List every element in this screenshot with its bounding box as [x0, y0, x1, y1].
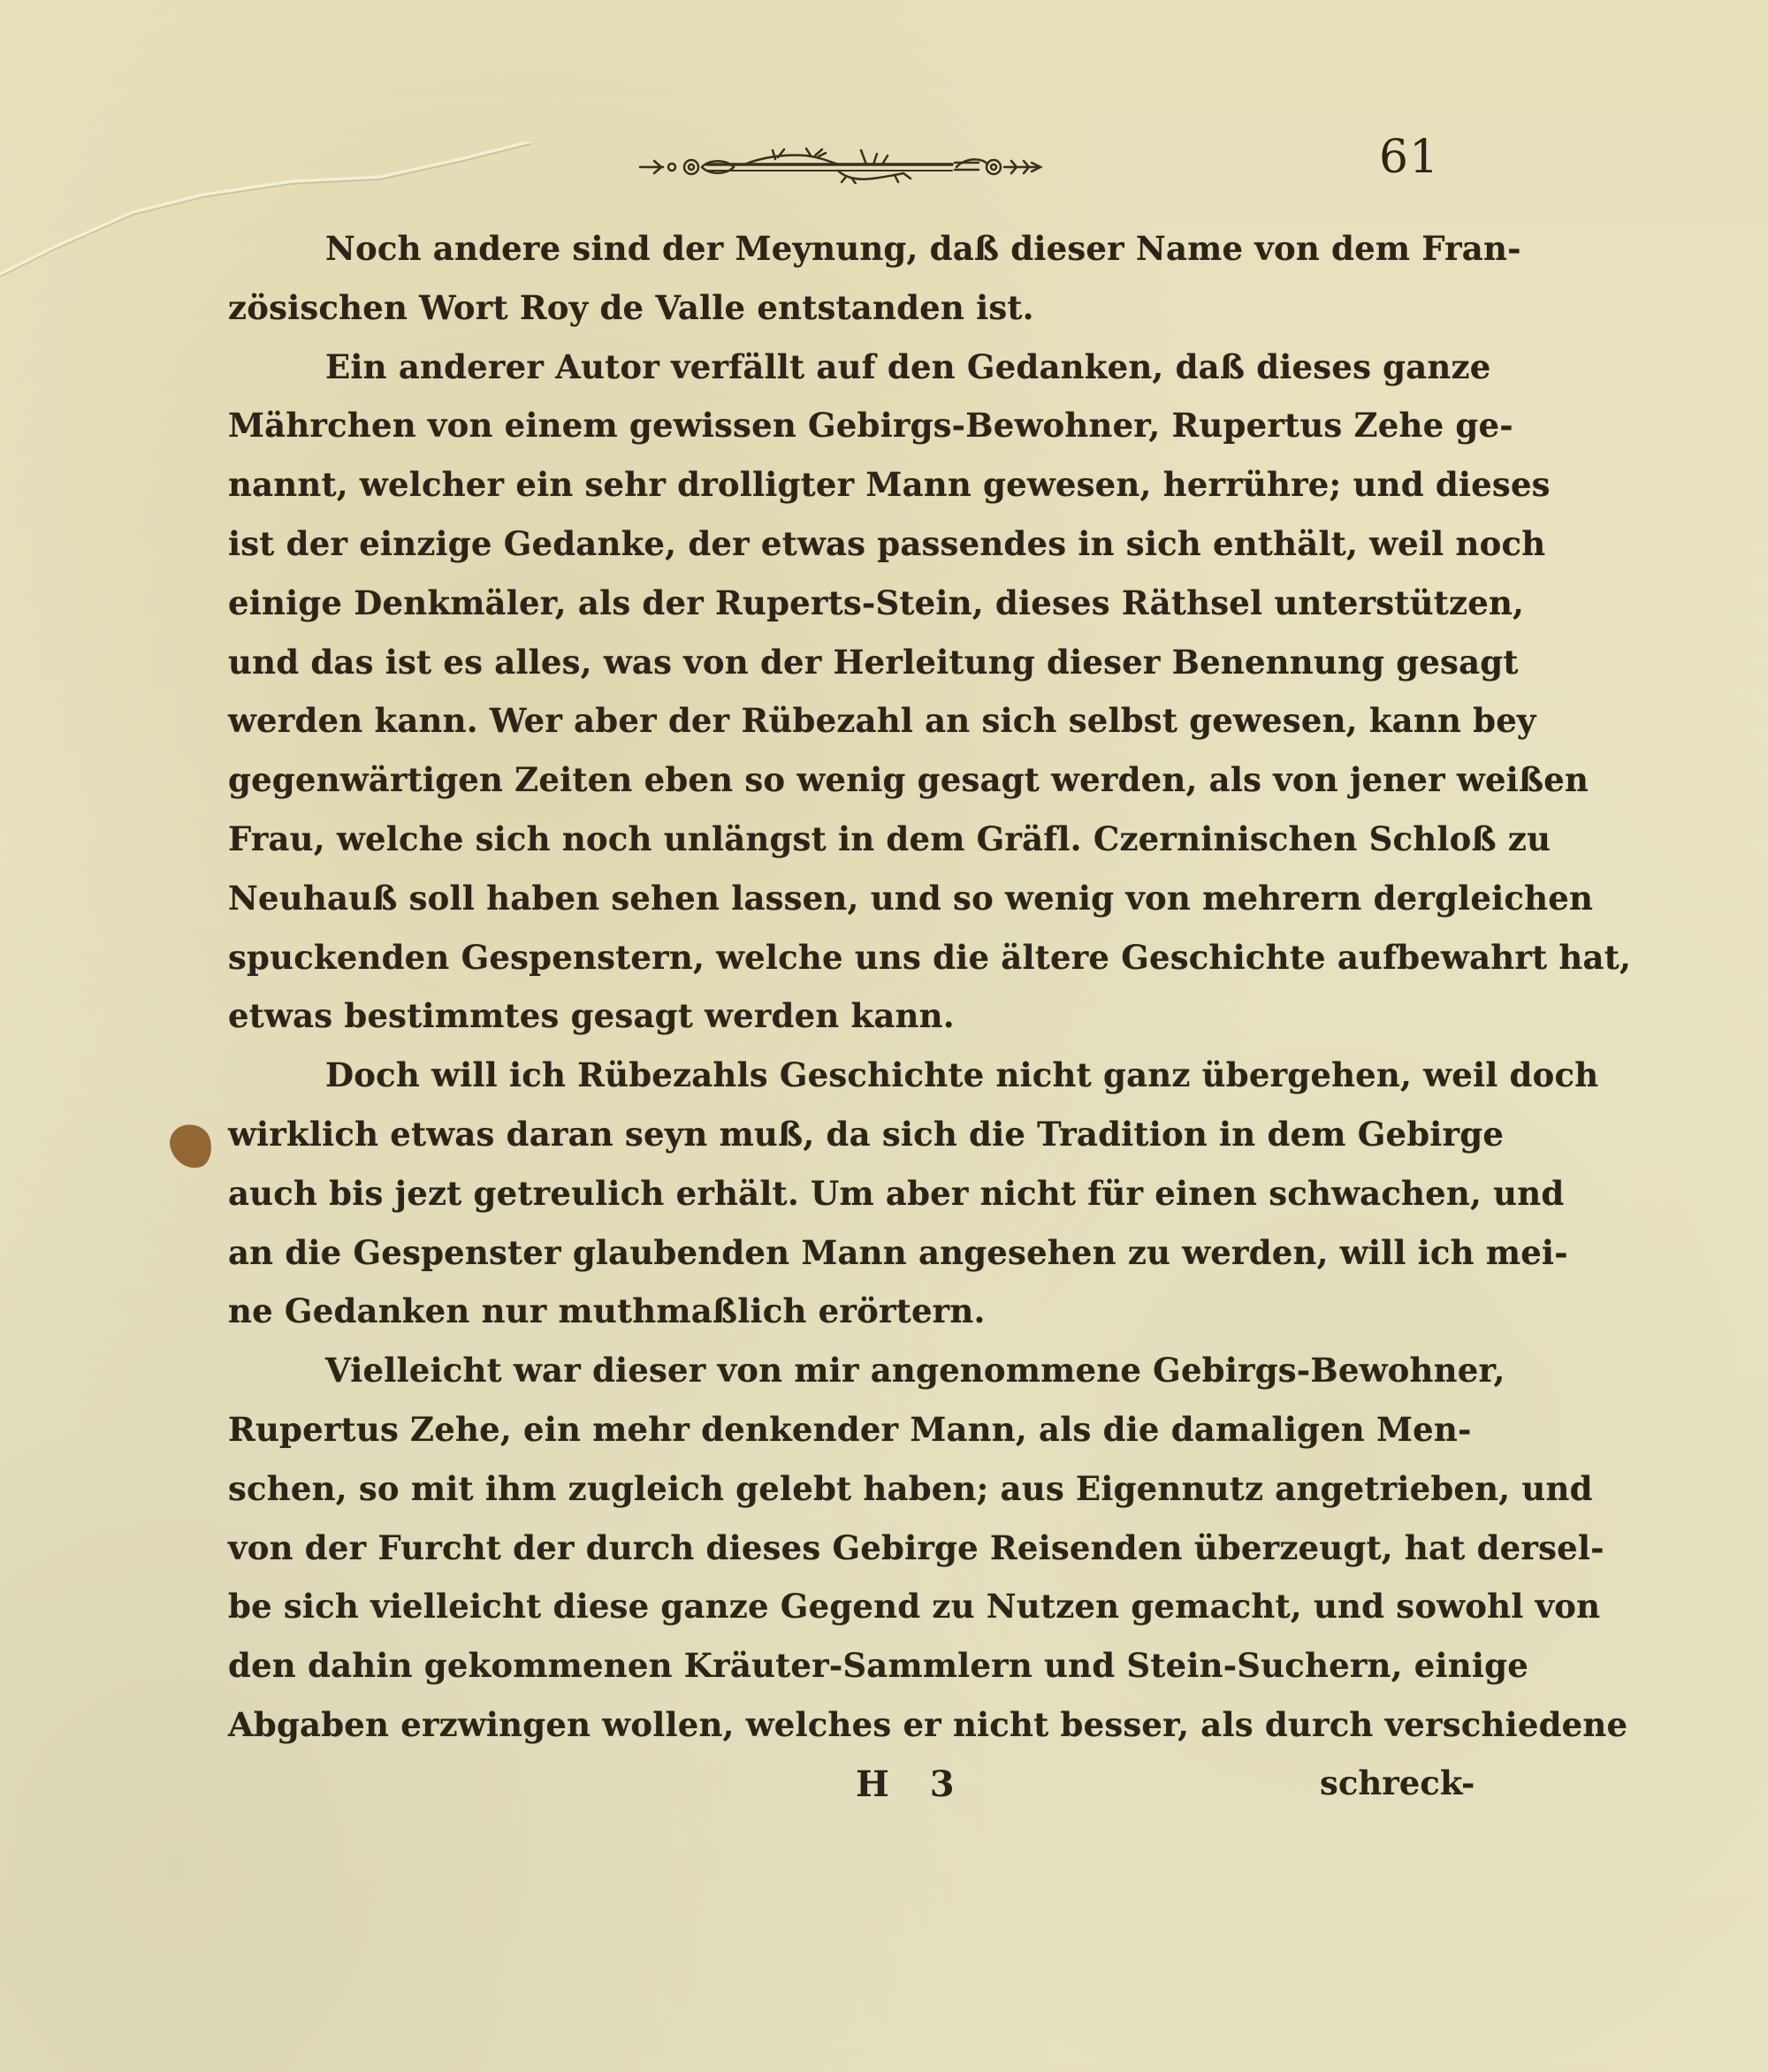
text-line: ne Gedanken nur muthmaßlich erörtern.	[228, 1282, 1435, 1341]
text-line: wirklich etwas daran seyn muß, da sich d…	[228, 1105, 1435, 1164]
text-line: schen, so mit ihm zugleich gelebt haben;…	[228, 1459, 1435, 1519]
text-line: einige Denkmäler, als der Ruperts-Stein,…	[228, 574, 1435, 633]
text-line: Noch andere sind der Meynung, daß dieser…	[228, 219, 1435, 278]
text-line: Mährchen von einem gewissen Gebirgs-Bewo…	[228, 396, 1435, 455]
text-line: Vielleicht war dieser von mir angenommen…	[228, 1341, 1435, 1400]
text-line: spuckenden Gespenstern, welche uns die ä…	[228, 928, 1435, 987]
text-line: an die Gespenster glaubenden Mann angese…	[228, 1223, 1435, 1283]
book-page: 61 Noch andere sind der Meynung, daß die…	[0, 0, 1768, 2072]
text-line: nannt, welcher ein sehr drolligter Mann …	[228, 455, 1435, 514]
floral-rule-ornament-icon	[629, 138, 1050, 184]
text-line: werden kann. Wer aber der Rübezahl an si…	[228, 691, 1435, 750]
text-line: Ein anderer Autor verfällt auf den Gedan…	[228, 338, 1435, 397]
paragraph: Noch andere sind der Meynung, daß dieser…	[228, 219, 1435, 338]
text-line: be sich vielleicht diese ganze Gegend zu…	[228, 1577, 1435, 1636]
body-text: Noch andere sind der Meynung, daß dieser…	[228, 219, 1435, 1755]
page-number: 61	[1379, 131, 1439, 184]
text-line: Neuhauß soll haben sehen lassen, und so …	[228, 869, 1435, 928]
text-line: von der Furcht der durch dieses Gebirge …	[228, 1519, 1435, 1578]
paragraph: Vielleicht war dieser von mir angenommen…	[228, 1341, 1435, 1755]
text-line: den dahin gekommenen Kräuter-Sammlern un…	[228, 1636, 1435, 1695]
text-line: Frau, welche sich noch unlängst in dem G…	[228, 810, 1435, 869]
ink-stain	[166, 1121, 215, 1172]
text-line: Rupertus Zehe, ein mehr denkender Mann, …	[228, 1400, 1435, 1459]
catchword: schreck-	[1320, 1763, 1475, 1802]
text-line: etwas bestimmtes gesagt werden kann.	[228, 986, 1435, 1046]
text-line: zösischen Wort Roy de Valle entstanden i…	[228, 278, 1435, 338]
signature-mark: H 3	[856, 1763, 969, 1805]
text-line: auch bis jezt getreulich erhält. Um aber…	[228, 1164, 1435, 1223]
text-line: Abgaben erzwingen wollen, welches er nic…	[228, 1695, 1435, 1755]
text-line: Doch will ich Rübezahls Geschichte nicht…	[228, 1046, 1435, 1105]
text-line: gegenwärtigen Zeiten eben so wenig gesag…	[228, 750, 1435, 810]
text-line: und das ist es alles, was von der Herlei…	[228, 633, 1435, 692]
paragraph: Doch will ich Rübezahls Geschichte nicht…	[228, 1046, 1435, 1341]
text-line: ist der einzige Gedanke, der etwas passe…	[228, 514, 1435, 574]
paragraph: Ein anderer Autor verfällt auf den Gedan…	[228, 338, 1435, 1047]
